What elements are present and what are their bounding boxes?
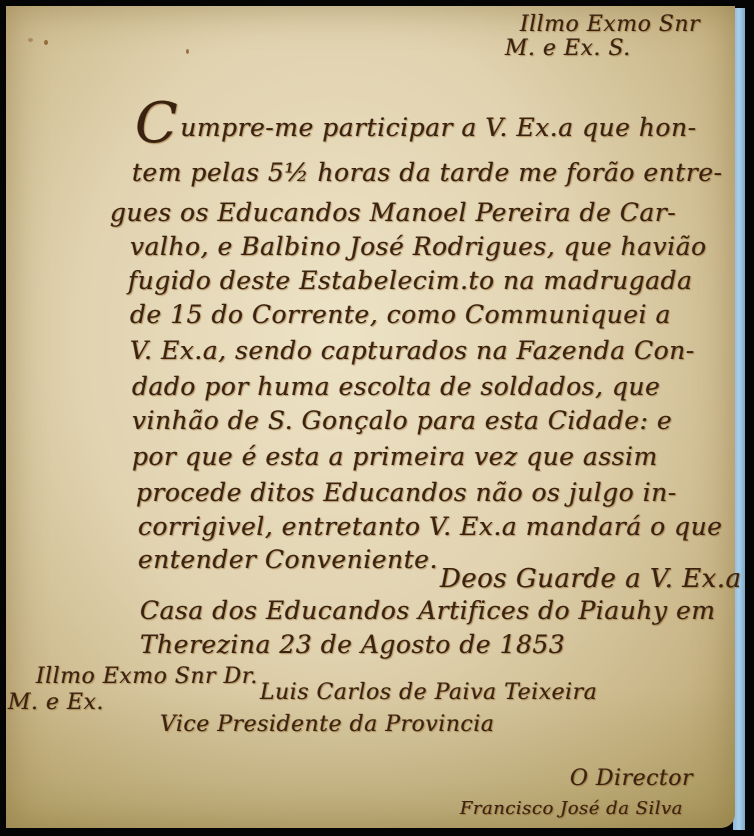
ink-spot (44, 40, 48, 45)
body-line-3: gues os Educandos Manoel Pereira de Car- (110, 198, 676, 227)
body-line-10: por que é esta a primeira vez que assim (132, 442, 658, 471)
addressee-prefix: Illmo Exmo Snr Dr. (36, 664, 258, 689)
body-line-4: valho, e Balbino José Rodrigues, que hav… (130, 232, 707, 261)
body-line-8: dado por huma escolta de soldados, que (132, 372, 660, 401)
addressee-prefix-bottom: M. e Ex. (8, 690, 104, 715)
ink-spot (28, 38, 33, 42)
ink-spot (186, 49, 189, 54)
closing-formula: Deos Guarde a V. Ex.a (440, 564, 742, 594)
salutation-line-1: Illmo Exmo Snr (520, 12, 700, 37)
body-line-5: fugido deste Estabelecim.to na madrugada (128, 266, 693, 295)
place-line: Casa dos Educandos Artifices do Piauhy e… (140, 596, 716, 625)
addressee-name: Luis Carlos de Paiva Teixeira (260, 680, 597, 705)
addressee-title: Vice Presidente da Provincia (160, 712, 495, 737)
body-initial: C (135, 91, 178, 156)
body-line-text: umpre-me participar a V. Ex.a que hon- (180, 113, 696, 142)
body-line-9: vinhão de S. Gonçalo para esta Cidade: e (132, 406, 672, 435)
signature-role: O Director (570, 766, 693, 791)
date-line: Therezina 23 de Agosto de 1853 (140, 630, 565, 659)
body-line-2: tem pelas 5½ horas da tarde me forão ent… (132, 158, 723, 187)
body-line-11: procede ditos Educandos não os julgo in- (136, 478, 677, 507)
signature-name: Francisco José da Silva (460, 798, 683, 819)
body-line-1: Cumpre-me participar a V. Ex.a que hon- (135, 96, 697, 152)
body-line-7: V. Ex.a, sendo capturados na Fazenda Con… (130, 336, 695, 365)
body-line-13: entender Conveniente. (138, 545, 438, 574)
body-line-12: corrigivel, entretanto V. Ex.a mandará o… (138, 512, 723, 541)
salutation-line-2: M. e Ex. S. (505, 36, 631, 61)
body-line-6: de 15 do Corrente, como Communiquei a (130, 300, 671, 329)
